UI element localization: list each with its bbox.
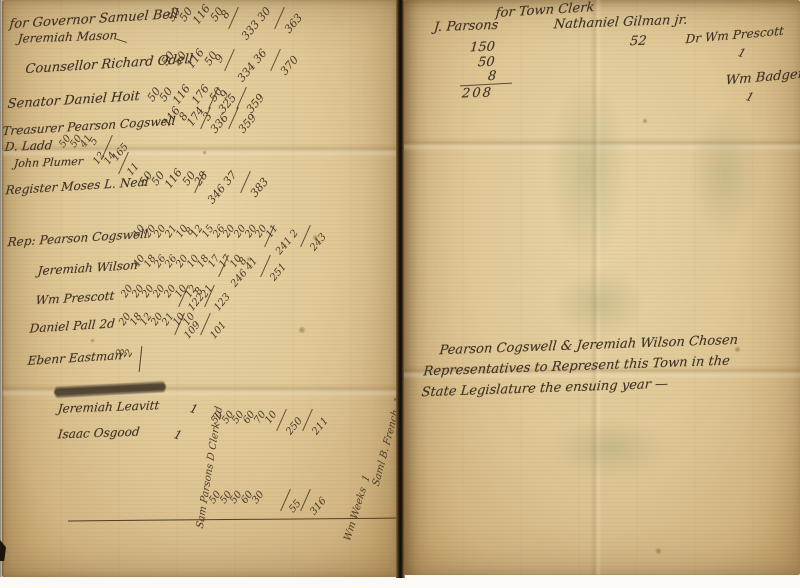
totals-bottom-row2: 55316 xyxy=(282,488,328,512)
bleed-through xyxy=(690,108,760,238)
totals-plumer: 11 xyxy=(120,151,140,175)
candidate-french: Saml B. French 1 xyxy=(371,395,398,488)
tally-eastman: 222 xyxy=(118,348,131,359)
note-line-2: Representatives to Represent this Town i… xyxy=(423,354,731,380)
totals-counsellor: 334 36370 xyxy=(226,48,300,72)
tally-plumer: 1214 xyxy=(94,153,115,164)
tally-bottom-row2: 5050506030 xyxy=(210,492,264,503)
bleed-through xyxy=(554,268,644,338)
totals-governor: 333 30363 xyxy=(230,6,304,30)
fox-spot xyxy=(642,118,648,124)
tick-mason: — xyxy=(114,31,130,48)
fox-spot xyxy=(312,234,319,241)
parsons-num-2: 50 xyxy=(477,55,495,71)
candidate-parsons: J. Parsons xyxy=(433,18,499,35)
parsons-total: 208 xyxy=(461,85,493,101)
totals-register: 346 37383 xyxy=(196,170,270,194)
totals-pall: 109101 xyxy=(176,312,228,336)
tick-dr-prescott: 1 xyxy=(736,45,748,61)
note-line-3: State Legislature the ensuing year — xyxy=(421,377,669,401)
tick-leavitt: 1 xyxy=(188,401,200,417)
candidate-eastman: Ebenr Eastman xyxy=(27,348,123,368)
candidate-prescott: Wm Prescott xyxy=(35,289,115,308)
candidate-ladd: D. Ladd xyxy=(4,138,53,154)
candidate-osgood: Isaac Osgood xyxy=(57,425,140,442)
fox-spot xyxy=(90,338,95,343)
candidate-weeks-name: Wm Weeks xyxy=(343,486,369,543)
fox-spot xyxy=(298,326,306,334)
office-row-senator: Senator Daniel Hoit xyxy=(7,89,140,112)
fox-spot xyxy=(246,256,252,262)
candidate-badger: Wm Badger xyxy=(725,67,800,89)
left-page: for Governor Samuel Bell 5050116508 333 … xyxy=(2,0,398,577)
candidate-plumer: John Plumer xyxy=(13,155,83,170)
fox-spot xyxy=(654,548,663,554)
office-row-representative: Rep: Pearson Cogswell xyxy=(7,227,148,249)
totals-wilson: 246 41251 xyxy=(220,254,288,278)
tick-badger: 1 xyxy=(744,89,756,105)
candidate-wilson: Jeremiah Wilson xyxy=(37,258,138,278)
tally-ladd: 5050415 xyxy=(60,136,97,147)
candidate-dr-prescott: Dr Wm Prescott xyxy=(685,24,784,46)
tally-stroke xyxy=(139,346,143,372)
parsons-num-1: 150 xyxy=(469,40,495,56)
document-scan: for Governor Samuel Bell 5050116508 333 … xyxy=(0,0,800,588)
candidate-mason: Jeremiah Mason xyxy=(17,28,118,45)
tally-governor: 5050116508 xyxy=(168,8,228,21)
candidate-leavitt: Jeremiah Leavitt xyxy=(57,398,160,416)
votes-gilman: 52 xyxy=(629,34,647,50)
crossed-out-name xyxy=(54,383,166,396)
bleed-through xyxy=(548,76,628,266)
parsons-num-3: 8 xyxy=(487,69,497,84)
office-row-register: Register Moses L. Neal xyxy=(5,175,149,198)
candidate-pall: Daniel Pall 2d xyxy=(29,316,115,335)
bleed-through xyxy=(544,420,674,478)
right-page: for Town Clerk J. Parsons Nathaniel Gilm… xyxy=(404,0,800,575)
fox-spot xyxy=(202,150,207,155)
candidate-french-name: Saml B. French xyxy=(371,408,398,488)
tick-osgood: 1 xyxy=(172,427,184,443)
tally-bottom-row1: 505050607010 xyxy=(212,412,276,423)
totals-bottom-row1: 250211 xyxy=(278,408,330,432)
tally-rep-cogswell: 102020211081215262020202011 xyxy=(134,226,278,237)
tally-counsellor: 5050116509 xyxy=(162,52,222,65)
left-edge-shadow xyxy=(0,0,4,577)
totals-treasurer: 336359 xyxy=(202,106,258,130)
totals-prescott: 122123 xyxy=(180,284,232,308)
fox-spot xyxy=(734,346,741,353)
candidate-weeks: Wm Weeks 1 xyxy=(343,464,376,543)
